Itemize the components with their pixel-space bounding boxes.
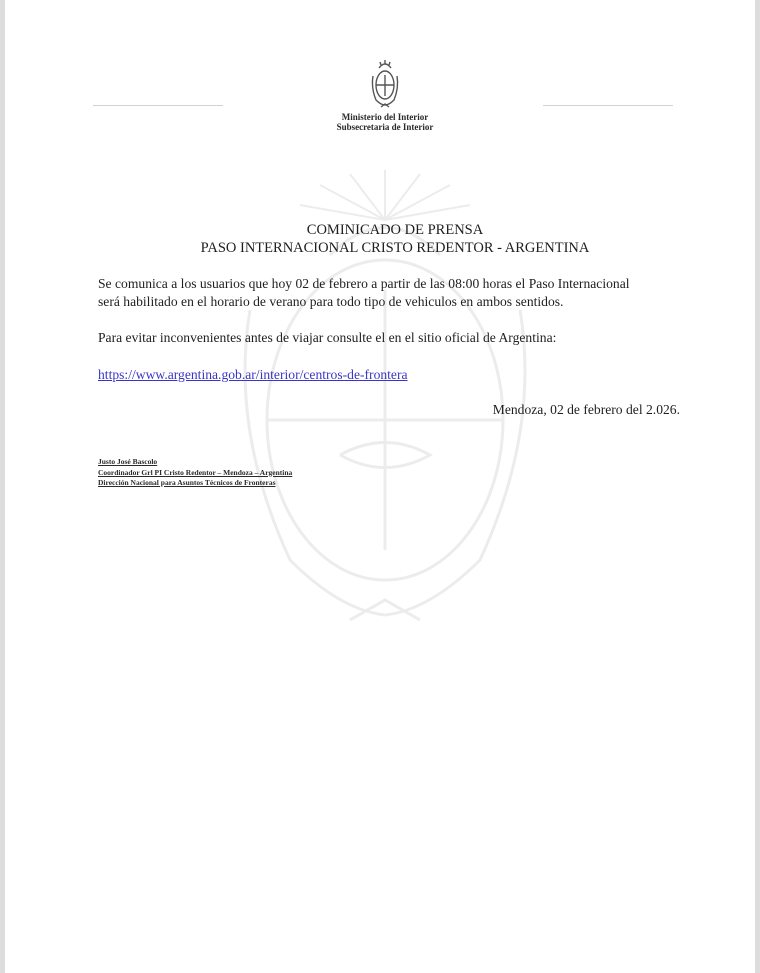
signatory-role: Coordinador Grl PI Cristo Redentor – Men… <box>98 468 292 479</box>
announcement-line-2: será habilitado en el horario de verano … <box>98 293 698 311</box>
signatory-name: Justo José Bascolo <box>98 457 292 468</box>
place-and-date: Mendoza, 02 de febrero del 2.026. <box>493 401 680 419</box>
official-site-link[interactable]: https://www.argentina.gob.ar/interior/ce… <box>98 366 408 384</box>
subsecretaria-name: Subsecretaria de Interior <box>285 122 485 132</box>
advice-paragraph: Para evitar inconvenientes antes de viaj… <box>98 329 698 347</box>
argentina-coat-of-arms-icon <box>370 58 400 110</box>
header-rule-left <box>93 105 223 106</box>
signature-block: Justo José Bascolo Coordinador Grl PI Cr… <box>98 457 292 489</box>
announcement-paragraph: Se comunica a los usuarios que hoy 02 de… <box>98 275 698 311</box>
announcement-line-1: Se comunica a los usuarios que hoy 02 de… <box>98 275 698 293</box>
document-title: COMINICADO DE PRENSA <box>85 221 705 239</box>
header-rule-right <box>543 105 673 106</box>
signatory-office: Dirección Nacional para Asuntos Técnicos… <box>98 478 292 489</box>
scan-edge-right <box>755 0 760 973</box>
document-page: Ministerio del Interior Subsecretaria de… <box>5 0 755 973</box>
ministry-name: Ministerio del Interior <box>285 112 485 122</box>
document-subtitle: PASO INTERNACIONAL CRISTO REDENTOR - ARG… <box>85 239 705 257</box>
ministry-header: Ministerio del Interior Subsecretaria de… <box>285 112 485 132</box>
